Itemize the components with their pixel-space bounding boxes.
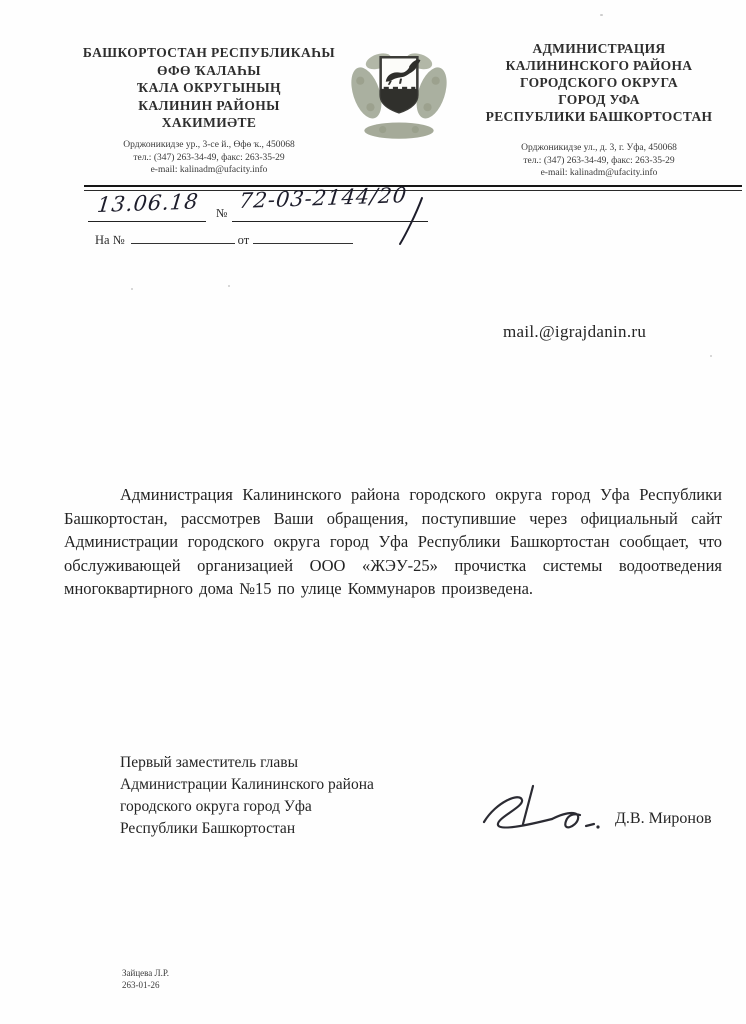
address-line: e-mail: kalinadm@ufacity.info bbox=[66, 164, 352, 177]
address-line: e-mail: kalinadm@ufacity.info bbox=[458, 167, 740, 180]
signer-position: Первый заместитель главы Администрации К… bbox=[120, 752, 450, 840]
handwritten-date: 13.06.18 bbox=[96, 189, 200, 217]
signer-position-line: Первый заместитель главы bbox=[120, 752, 450, 774]
reply-number-label: На № bbox=[95, 233, 125, 247]
reply-number-blank bbox=[131, 231, 235, 244]
scanned-letter-page: БАШКОРТОСТАН РЕСПУБЛИКАҺЫ ӨФӨ ҠАЛАҺЫ ҠАЛ… bbox=[0, 0, 746, 1024]
signer-name: Д.В. Миронов bbox=[615, 810, 712, 828]
org-name-line: КАЛИНИНСКОГО РАЙОНА bbox=[458, 57, 740, 74]
org-name-line: РЕСПУБЛИКИ БАШКОРТОСТАН bbox=[458, 108, 740, 125]
letterhead-left-address: Орджоникидзе ур., 3-се й., Өфө ҡ., 45006… bbox=[66, 139, 352, 177]
reply-from-label: от bbox=[238, 233, 250, 247]
scan-speck bbox=[131, 288, 133, 290]
org-name-line: ҠАЛА ОКРУГЫНЫҢ bbox=[66, 79, 352, 97]
reply-date-blank bbox=[253, 231, 353, 244]
executor-phone: 263-01-26 bbox=[122, 980, 169, 992]
letterhead-right-address: Орджоникидзе ул., д. 3, г. Уфа, 450068 т… bbox=[458, 142, 740, 180]
signer-position-line: городского округа город Уфа bbox=[120, 796, 450, 818]
ufa-coat-of-arms-icon bbox=[346, 50, 452, 144]
org-name-line: ГОРОДСКОГО ОКРУГА bbox=[458, 74, 740, 91]
signer-position-line: Республики Башкортостан bbox=[120, 818, 450, 840]
org-name-line: КАЛИНИН РАЙОНЫ bbox=[66, 97, 352, 115]
date-underline bbox=[88, 221, 206, 222]
address-line: Орджоникидзе ур., 3-се й., Өфө ҡ., 45006… bbox=[66, 139, 352, 152]
org-name-line: ГОРОД УФА bbox=[458, 91, 740, 108]
number-underline bbox=[232, 221, 428, 222]
executor-name: Зайцева Л.Р. bbox=[122, 968, 169, 980]
recipient-email: mail.@igrajdanin.ru bbox=[503, 322, 646, 342]
letter-body-paragraph: Администрация Калининского района городс… bbox=[64, 483, 722, 601]
letterhead-left-org-name: БАШКОРТОСТАН РЕСПУБЛИКАҺЫ ӨФӨ ҠАЛАҺЫ ҠАЛ… bbox=[66, 44, 352, 132]
handwritten-signature bbox=[476, 780, 612, 846]
address-line: тел.: (347) 263-34-49, факс: 263-35-29 bbox=[66, 152, 352, 165]
org-name-line: АДМИНИСТРАЦИЯ bbox=[458, 40, 740, 57]
address-line: тел.: (347) 263-34-49, факс: 263-35-29 bbox=[458, 155, 740, 168]
letterhead-right-org-name: АДМИНИСТРАЦИЯ КАЛИНИНСКОГО РАЙОНА ГОРОДС… bbox=[458, 40, 740, 125]
scan-speck bbox=[600, 14, 603, 16]
number-sign-label: № bbox=[216, 206, 227, 221]
handwritten-outgoing-number: 72-03-2144/20 bbox=[238, 183, 408, 213]
org-name-line: ӨФӨ ҠАЛАҺЫ bbox=[66, 62, 352, 80]
executor-footer: Зайцева Л.Р. 263-01-26 bbox=[122, 968, 169, 991]
org-name-line: БАШКОРТОСТАН РЕСПУБЛИКАҺЫ bbox=[66, 44, 352, 62]
address-line: Орджоникидзе ул., д. 3, г. Уфа, 450068 bbox=[458, 142, 740, 155]
org-name-line: ХАКИМИӘТЕ bbox=[66, 114, 352, 132]
scan-speck bbox=[228, 285, 230, 287]
scan-speck bbox=[710, 355, 712, 357]
signer-position-line: Администрации Калининского района bbox=[120, 774, 450, 796]
reply-reference-row: На №от bbox=[95, 231, 353, 248]
